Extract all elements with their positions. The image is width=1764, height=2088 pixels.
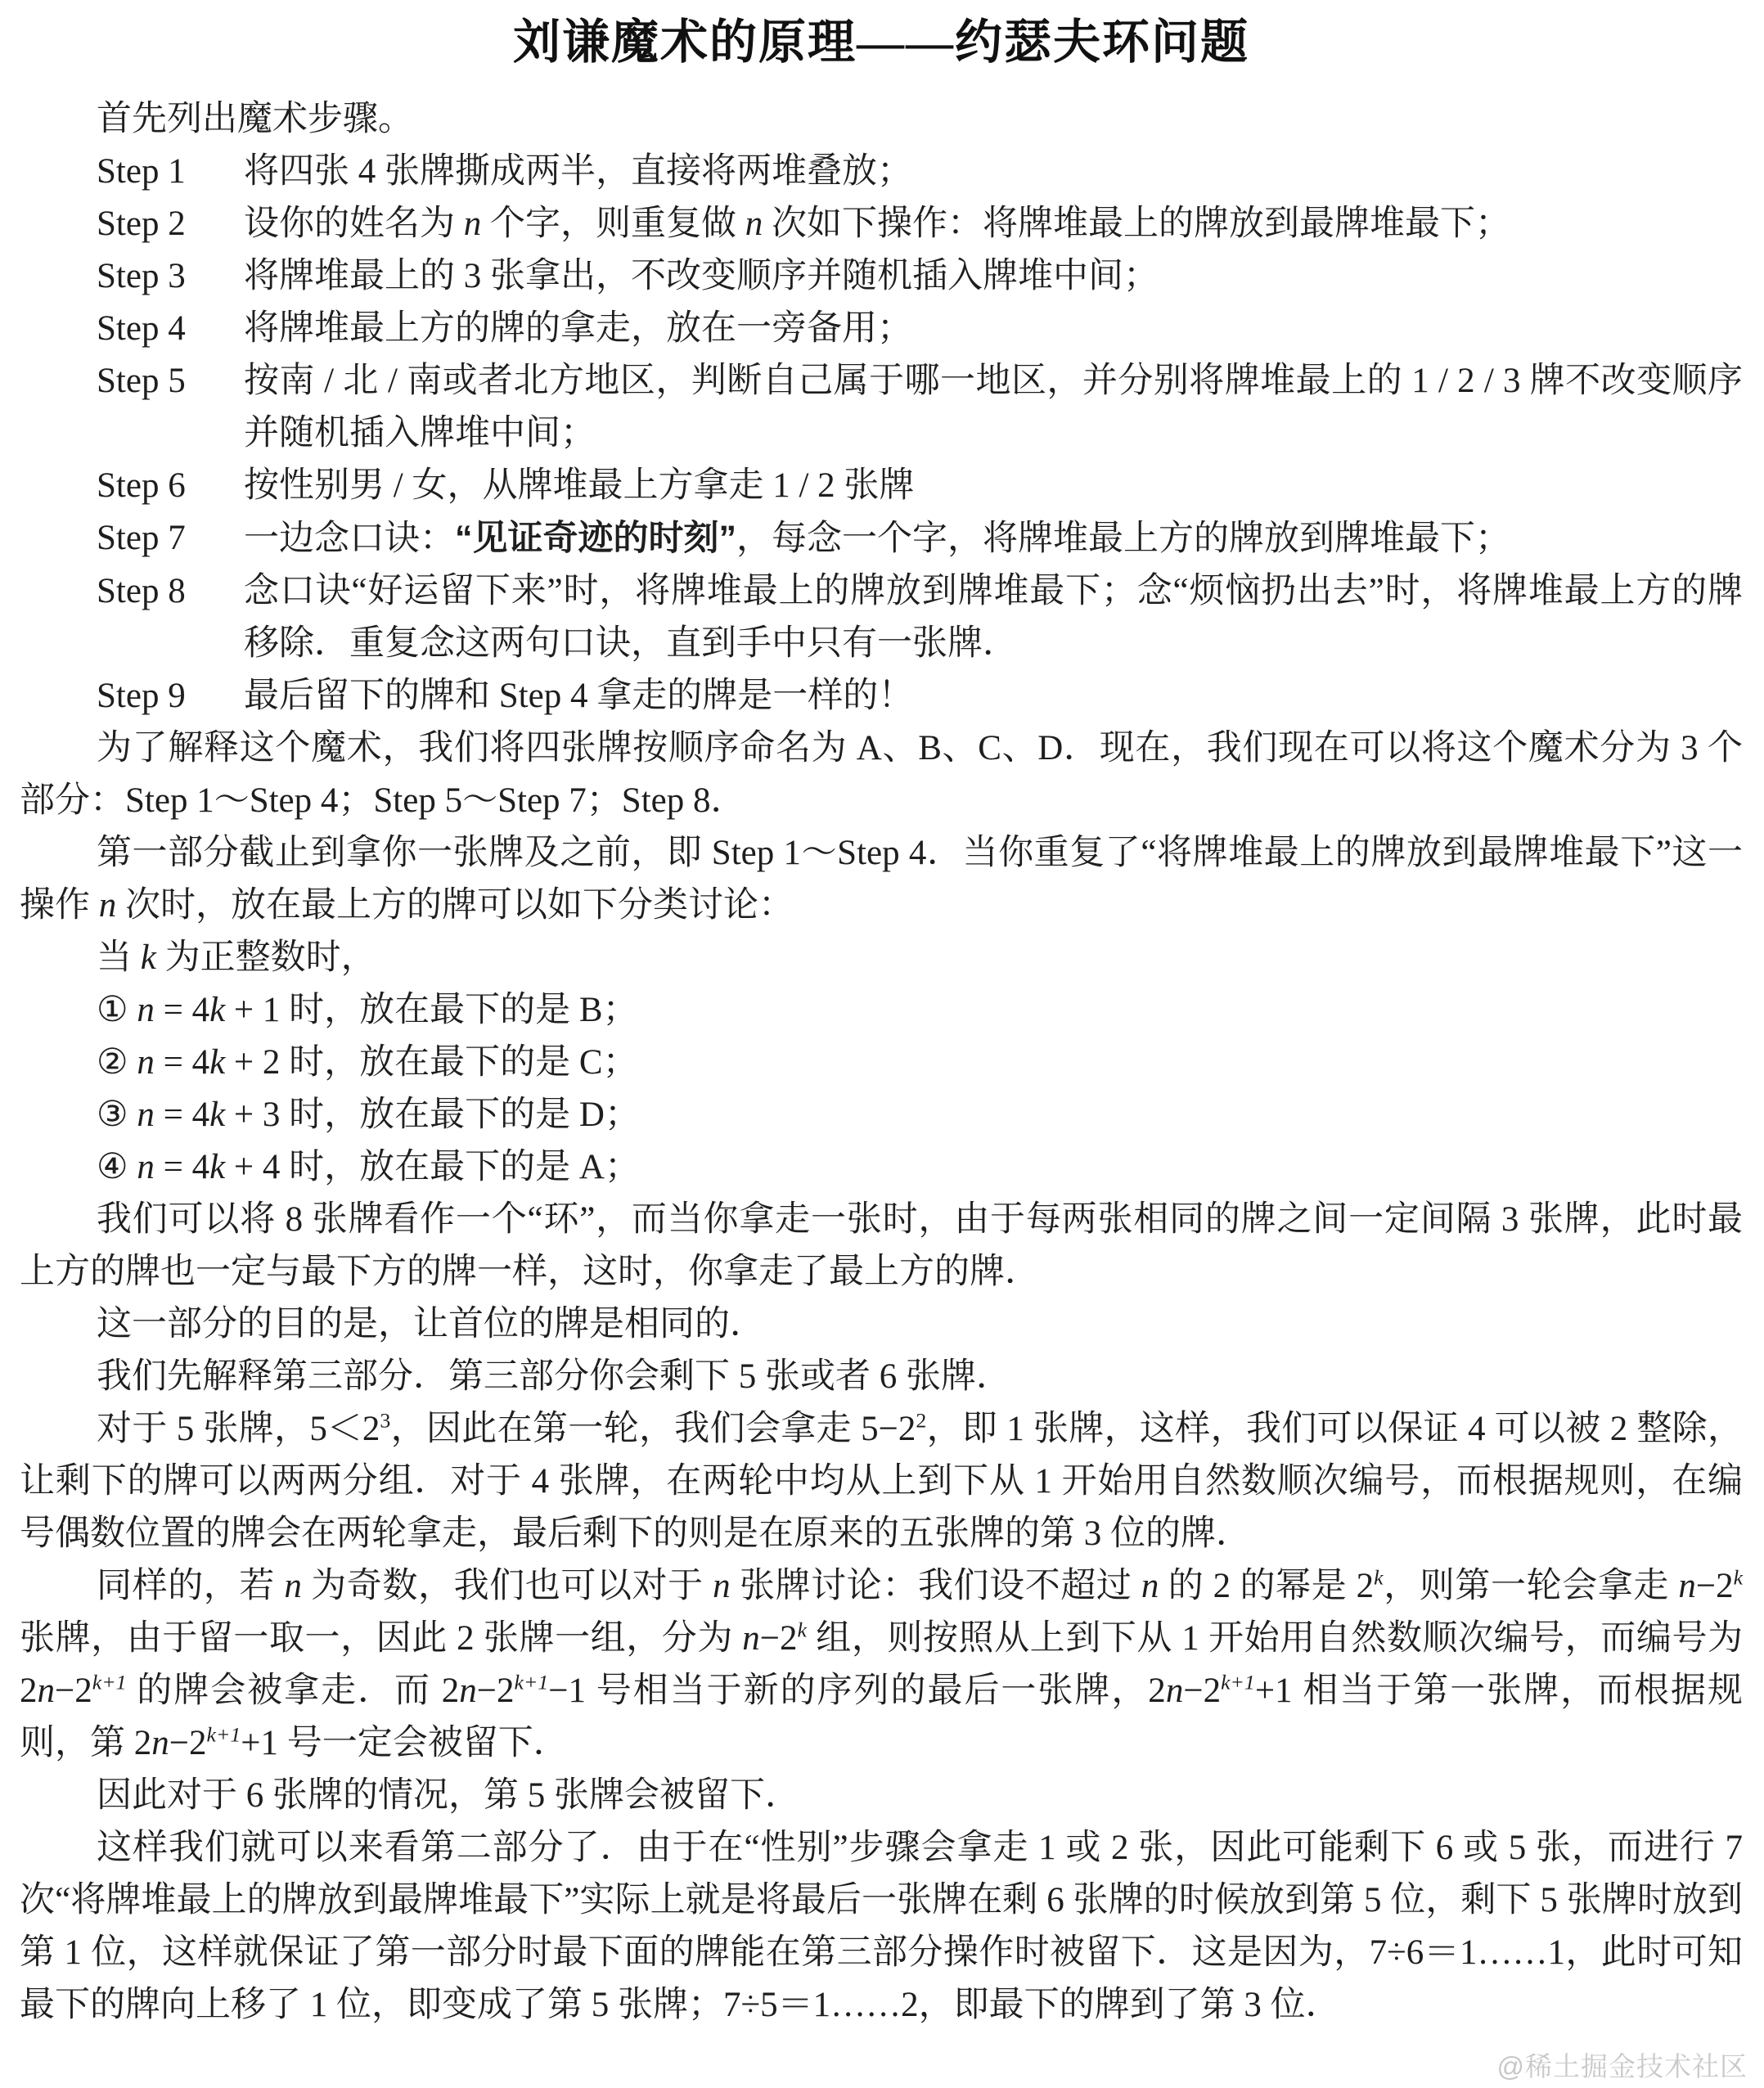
step-label: Step 4 bbox=[97, 303, 244, 355]
step-text: 将四张 4 张牌撕成两半，直接将两堆叠放； bbox=[244, 146, 1743, 198]
step-row: Step 4 将牌堆最上方的牌的拿走，放在一旁备用； bbox=[20, 303, 1743, 355]
body-paragraph: 我们可以将 8 张牌看作一个“环”，而当你拿走一张时，由于每两张相同的牌之间一定… bbox=[20, 1194, 1743, 1298]
step-label: Step 8 bbox=[97, 565, 244, 670]
step-row: Step 8 念口诀“好运留下来”时，将牌堆最上的牌放到牌堆最下；念“烦恼扔出去… bbox=[20, 565, 1743, 670]
document-page: 刘谦魔术的原理——约瑟夫环问题 首先列出魔术步骤。 Step 1 将四张 4 张… bbox=[0, 0, 1764, 2088]
body-paragraph: 对于 5 张牌，5＜23，因此在第一轮，我们会拿走 5−22，即 1 张牌，这样… bbox=[20, 1403, 1743, 1560]
case-item-1: ① n = 4k + 1 时，放在最下的是 B； bbox=[20, 984, 1743, 1037]
step-row: Step 3 将牌堆最上的 3 张拿出，不改变顺序并随机插入牌堆中间； bbox=[20, 250, 1743, 303]
steps-list: Step 1 将四张 4 张牌撕成两半，直接将两堆叠放； Step 2 设你的姓… bbox=[20, 146, 1743, 722]
body-paragraph: 同样的，若 n 为奇数，我们也可以对于 n 张牌讨论：我们设不超过 n 的 2 … bbox=[20, 1560, 1743, 1770]
step-label: Step 7 bbox=[97, 512, 244, 565]
body-paragraph: 因此对于 6 张牌的情况，第 5 张牌会被留下． bbox=[20, 1770, 1743, 1822]
body-paragraph: 这样我们就可以来看第二部分了．由于在“性别”步骤会拿走 1 或 2 张，因此可能… bbox=[20, 1822, 1743, 2032]
case-item-4: ④ n = 4k + 4 时，放在最下的是 A； bbox=[20, 1141, 1743, 1194]
body-paragraph: 这一部分的目的是，让首位的牌是相同的． bbox=[20, 1298, 1743, 1351]
step-text: 最后留下的牌和 Step 4 拿走的牌是一样的！ bbox=[244, 670, 1743, 722]
step-row: Step 5 按南 / 北 / 南或者北方地区，判断自己属于哪一地区，并分别将牌… bbox=[20, 355, 1743, 460]
step-text: 将牌堆最上方的牌的拿走，放在一旁备用； bbox=[244, 303, 1743, 355]
body-paragraph: 为了解释这个魔术，我们将四张牌按顺序命名为 A、B、C、D．现在，我们现在可以将… bbox=[20, 722, 1743, 827]
step-text: 一边念口诀：“见证奇迹的时刻”，每念一个字，将牌堆最上方的牌放到牌堆最下； bbox=[244, 512, 1743, 565]
document-title: 刘谦魔术的原理——约瑟夫环问题 bbox=[20, 7, 1743, 79]
case-item-2: ② n = 4k + 2 时，放在最下的是 C； bbox=[20, 1037, 1743, 1089]
step-row: Step 9 最后留下的牌和 Step 4 拿走的牌是一样的！ bbox=[20, 670, 1743, 722]
step-row: Step 6 按性别男 / 女，从牌堆最上方拿走 1 / 2 张牌 bbox=[20, 460, 1743, 512]
step-label: Step 2 bbox=[97, 198, 244, 250]
case-item-3: ③ n = 4k + 3 时，放在最下的是 D； bbox=[20, 1089, 1743, 1141]
step-text: 按南 / 北 / 南或者北方地区，判断自己属于哪一地区，并分别将牌堆最上的 1 … bbox=[244, 355, 1743, 460]
step-label: Step 1 bbox=[97, 146, 244, 198]
step-label: Step 9 bbox=[97, 670, 244, 722]
step-label: Step 6 bbox=[97, 460, 244, 512]
step-label: Step 5 bbox=[97, 355, 244, 460]
intro-paragraph: 首先列出魔术步骤。 bbox=[20, 93, 1743, 146]
step-text: 按性别男 / 女，从牌堆最上方拿走 1 / 2 张牌 bbox=[244, 460, 1743, 512]
body-paragraph: 当 k 为正整数时， bbox=[20, 932, 1743, 984]
step-row: Step 2 设你的姓名为 n 个字，则重复做 n 次如下操作：将牌堆最上的牌放… bbox=[20, 198, 1743, 250]
step-row: Step 7 一边念口诀：“见证奇迹的时刻”，每念一个字，将牌堆最上方的牌放到牌… bbox=[20, 512, 1743, 565]
step-row: Step 1 将四张 4 张牌撕成两半，直接将两堆叠放； bbox=[20, 146, 1743, 198]
body-paragraph: 第一部分截止到拿你一张牌及之前，即 Step 1～Step 4．当你重复了“将牌… bbox=[20, 827, 1743, 932]
step-text: 将牌堆最上的 3 张拿出，不改变顺序并随机插入牌堆中间； bbox=[244, 250, 1743, 303]
step-label: Step 3 bbox=[97, 250, 244, 303]
body-paragraph: 我们先解释第三部分．第三部分你会剩下 5 张或者 6 张牌． bbox=[20, 1351, 1743, 1403]
step-text: 念口诀“好运留下来”时，将牌堆最上的牌放到牌堆最下；念“烦恼扔出去”时，将牌堆最… bbox=[244, 565, 1743, 670]
step-text: 设你的姓名为 n 个字，则重复做 n 次如下操作：将牌堆最上的牌放到最牌堆最下； bbox=[244, 198, 1743, 250]
watermark: @稀土掘金技术社区 bbox=[1497, 2052, 1748, 2081]
